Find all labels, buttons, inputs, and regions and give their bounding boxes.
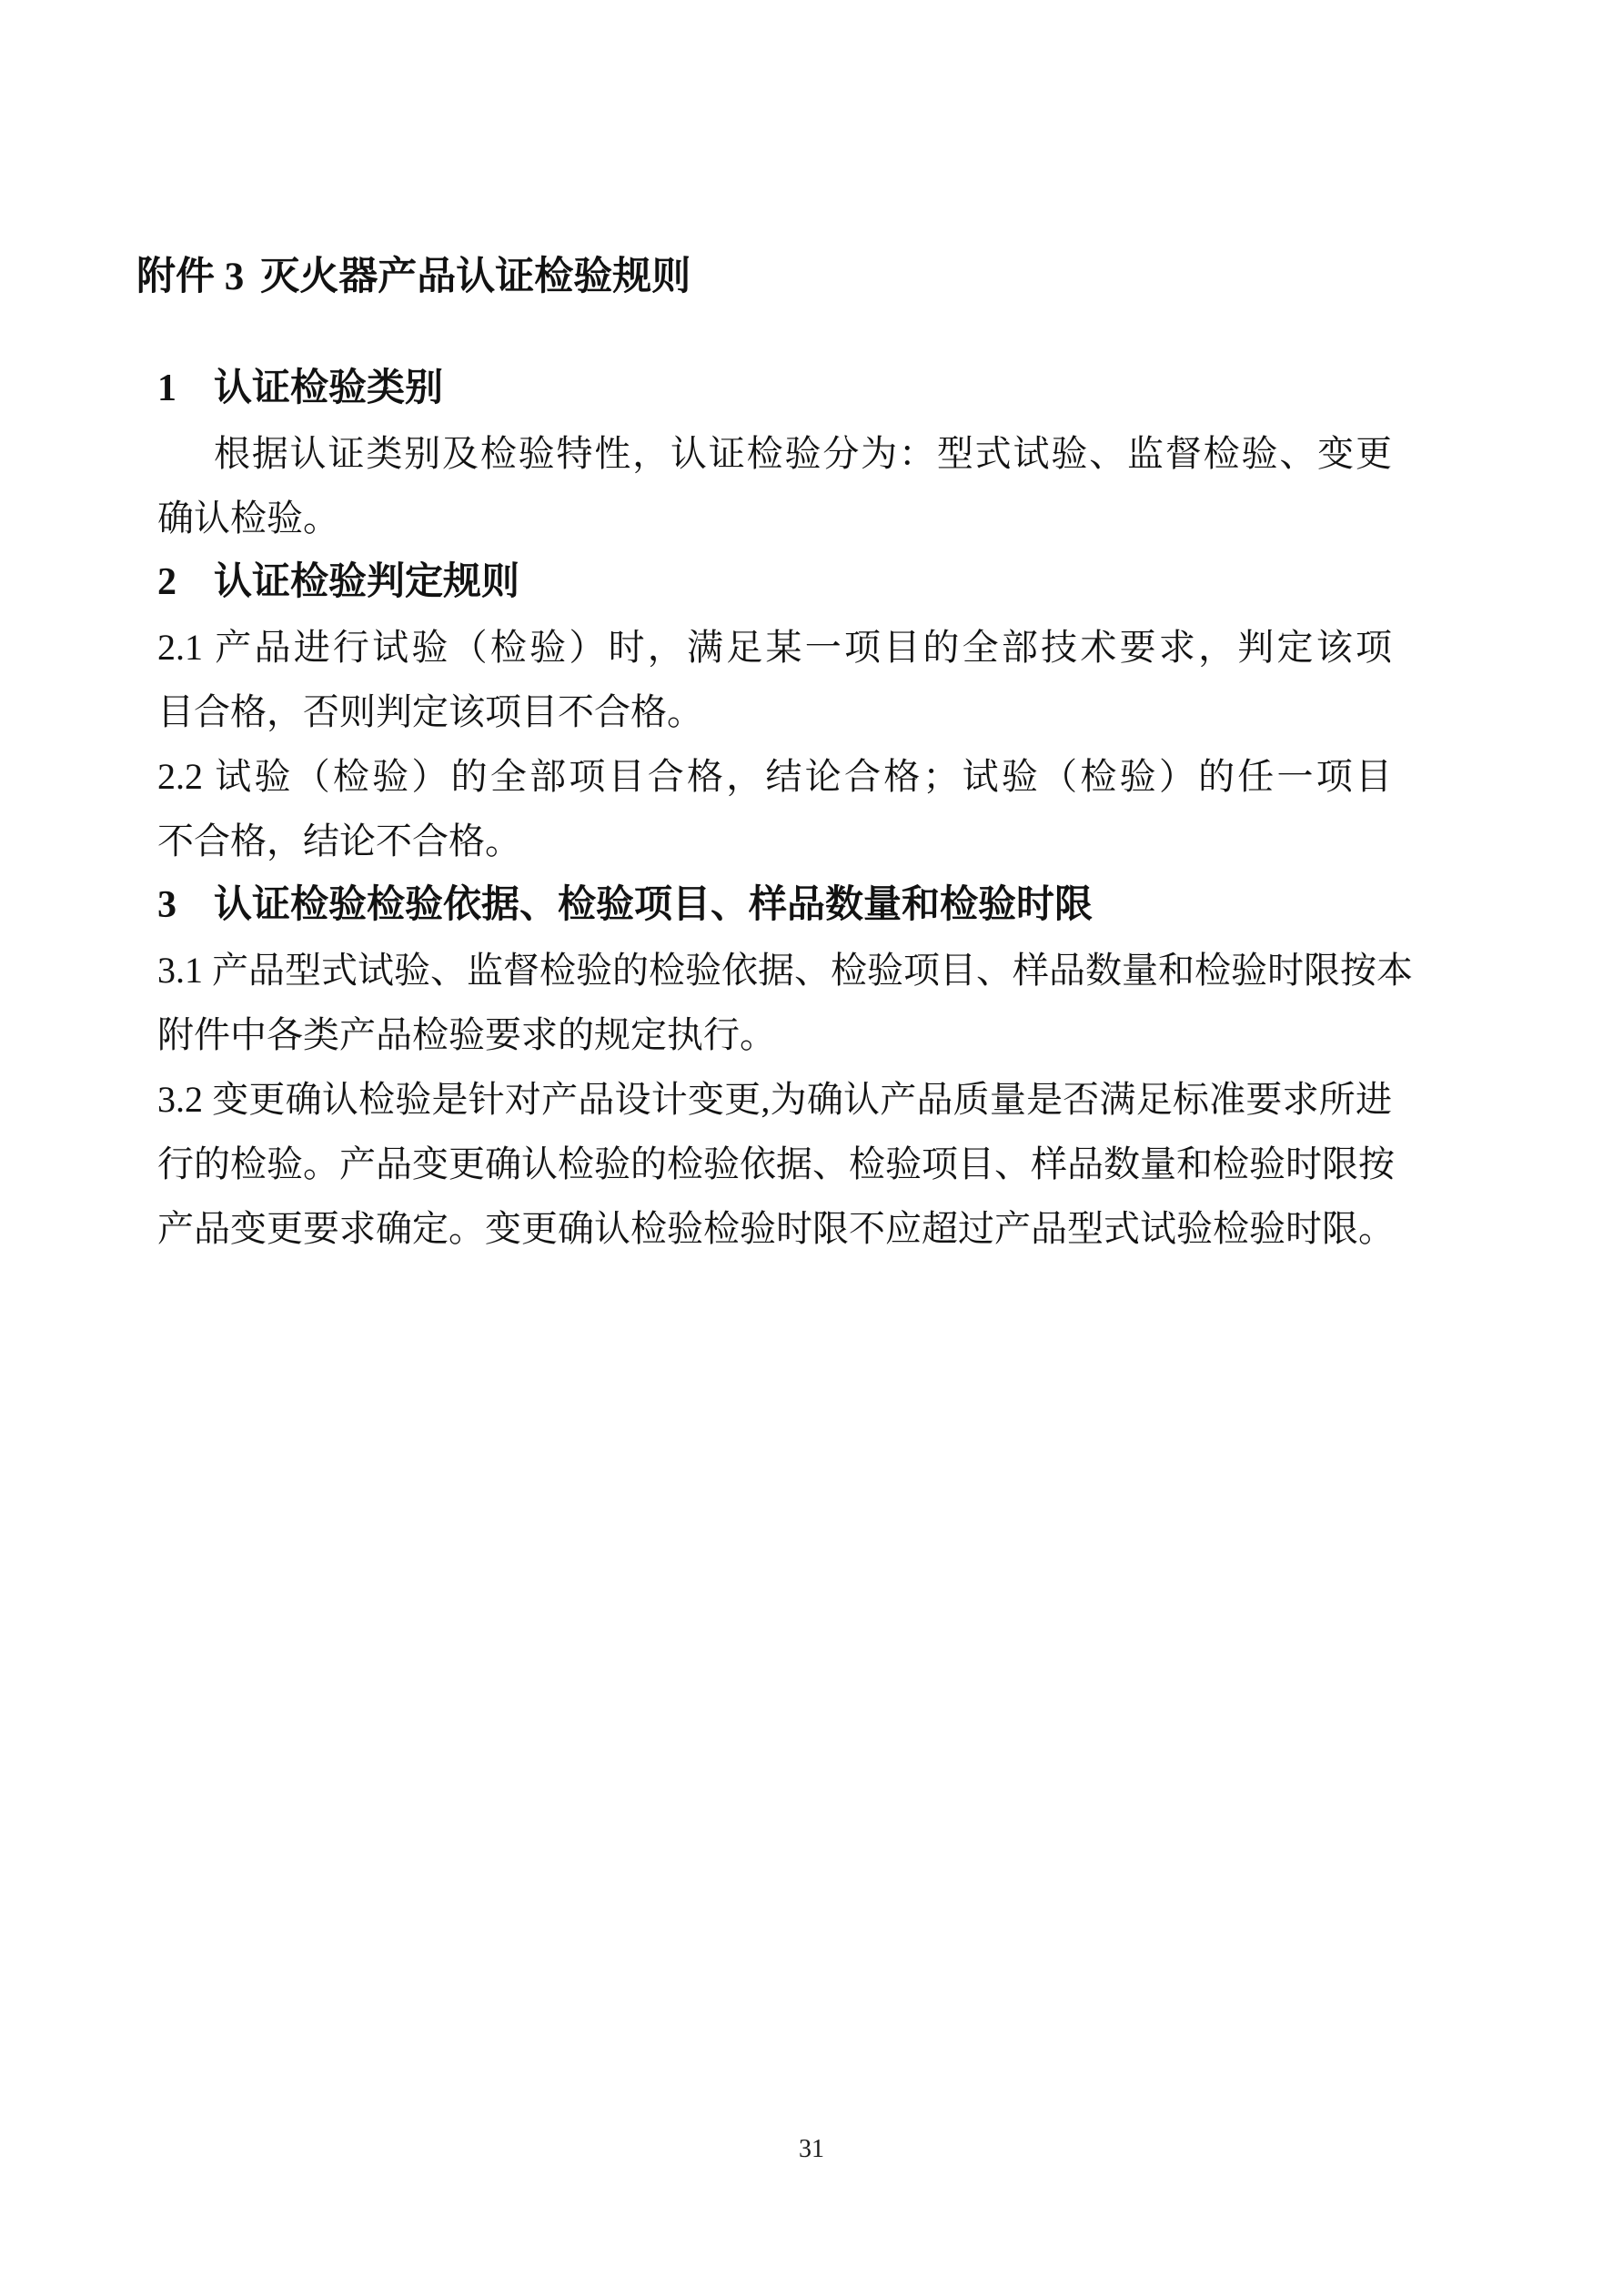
section-heading-text: 认证检验类别: [214, 368, 443, 409]
section-1: 1认证检验类别 根据认证类别及检验特性，认证检验分为：型式试验、监督检验、变更 …: [136, 357, 1392, 550]
paragraph: 2.2 试验（检验）的全部项目合格，结论合格；试验（检验）的任一项目 不合格，结…: [157, 744, 1392, 873]
section-heading-text: 认证检验检验依据、检验项目、样品数量和检验时限: [214, 884, 1093, 926]
text-line: 根据认证类别及检验特性，认证检验分为：型式试验、监督检验、变更: [157, 421, 1392, 486]
text-line: 行的检验。产品变更确认检验的检验依据、检验项目、样品数量和检验时限按: [157, 1132, 1392, 1196]
page-title-text: 灭火器产品认证检验规则: [260, 256, 691, 298]
document-page: 附件 3灭火器产品认证检验规则 1认证检验类别 根据认证类别及检验特性，认证检验…: [0, 0, 1623, 2296]
attachment-number-label: 附件 3: [136, 256, 244, 298]
paragraph: 3.2 变更确认检验是针对产品设计变更,为确认产品质量是否满足标准要求所进 行的…: [157, 1067, 1392, 1261]
text-line: 3.1 产品型式试验、监督检验的检验依据、检验项目、样品数量和检验时限按本: [157, 938, 1392, 1002]
text-line: 确认检验。: [157, 486, 1392, 550]
text-line: 目合格，否则判定该项目不合格。: [157, 680, 1392, 744]
paragraph: 3.1 产品型式试验、监督检验的检验依据、检验项目、样品数量和检验时限按本 附件…: [157, 938, 1392, 1067]
text-line: 产品变更要求确定。变更确认检验检验时限不应超过产品型式试验检验时限。: [157, 1196, 1392, 1261]
section-2-heading: 2认证检验判定规则: [157, 550, 1392, 615]
text-line: 不合格，结论不合格。: [157, 809, 1392, 873]
section-3: 3认证检验检验依据、检验项目、样品数量和检验时限 3.1 产品型式试验、监督检验…: [136, 873, 1392, 1261]
text-line: 附件中各类产品检验要求的规定执行。: [157, 1002, 1392, 1067]
page-number: 31: [0, 2134, 1623, 2165]
section-1-heading: 1认证检验类别: [157, 357, 1392, 421]
text-line: 2.2 试验（检验）的全部项目合格，结论合格；试验（检验）的任一项目: [157, 744, 1392, 809]
page-title: 附件 3灭火器产品认证检验规则: [136, 247, 1392, 307]
section-number: 2: [157, 550, 181, 615]
paragraph: 根据认证类别及检验特性，认证检验分为：型式试验、监督检验、变更 确认检验。: [157, 421, 1392, 550]
section-number: 1: [157, 357, 181, 421]
section-3-heading: 3认证检验检验依据、检验项目、样品数量和检验时限: [157, 873, 1392, 938]
section-number: 3: [157, 873, 181, 938]
document-body: 附件 3灭火器产品认证检验规则 1认证检验类别 根据认证类别及检验特性，认证检验…: [136, 247, 1392, 1261]
section-2: 2认证检验判定规则 2.1 产品进行试验（检验）时，满足某一项目的全部技术要求，…: [136, 550, 1392, 873]
text-line: 2.1 产品进行试验（检验）时，满足某一项目的全部技术要求，判定该项: [157, 615, 1392, 680]
paragraph: 2.1 产品进行试验（检验）时，满足某一项目的全部技术要求，判定该项 目合格，否…: [157, 615, 1392, 744]
text-line: 3.2 变更确认检验是针对产品设计变更,为确认产品质量是否满足标准要求所进: [157, 1067, 1392, 1132]
section-heading-text: 认证检验判定规则: [214, 561, 519, 603]
